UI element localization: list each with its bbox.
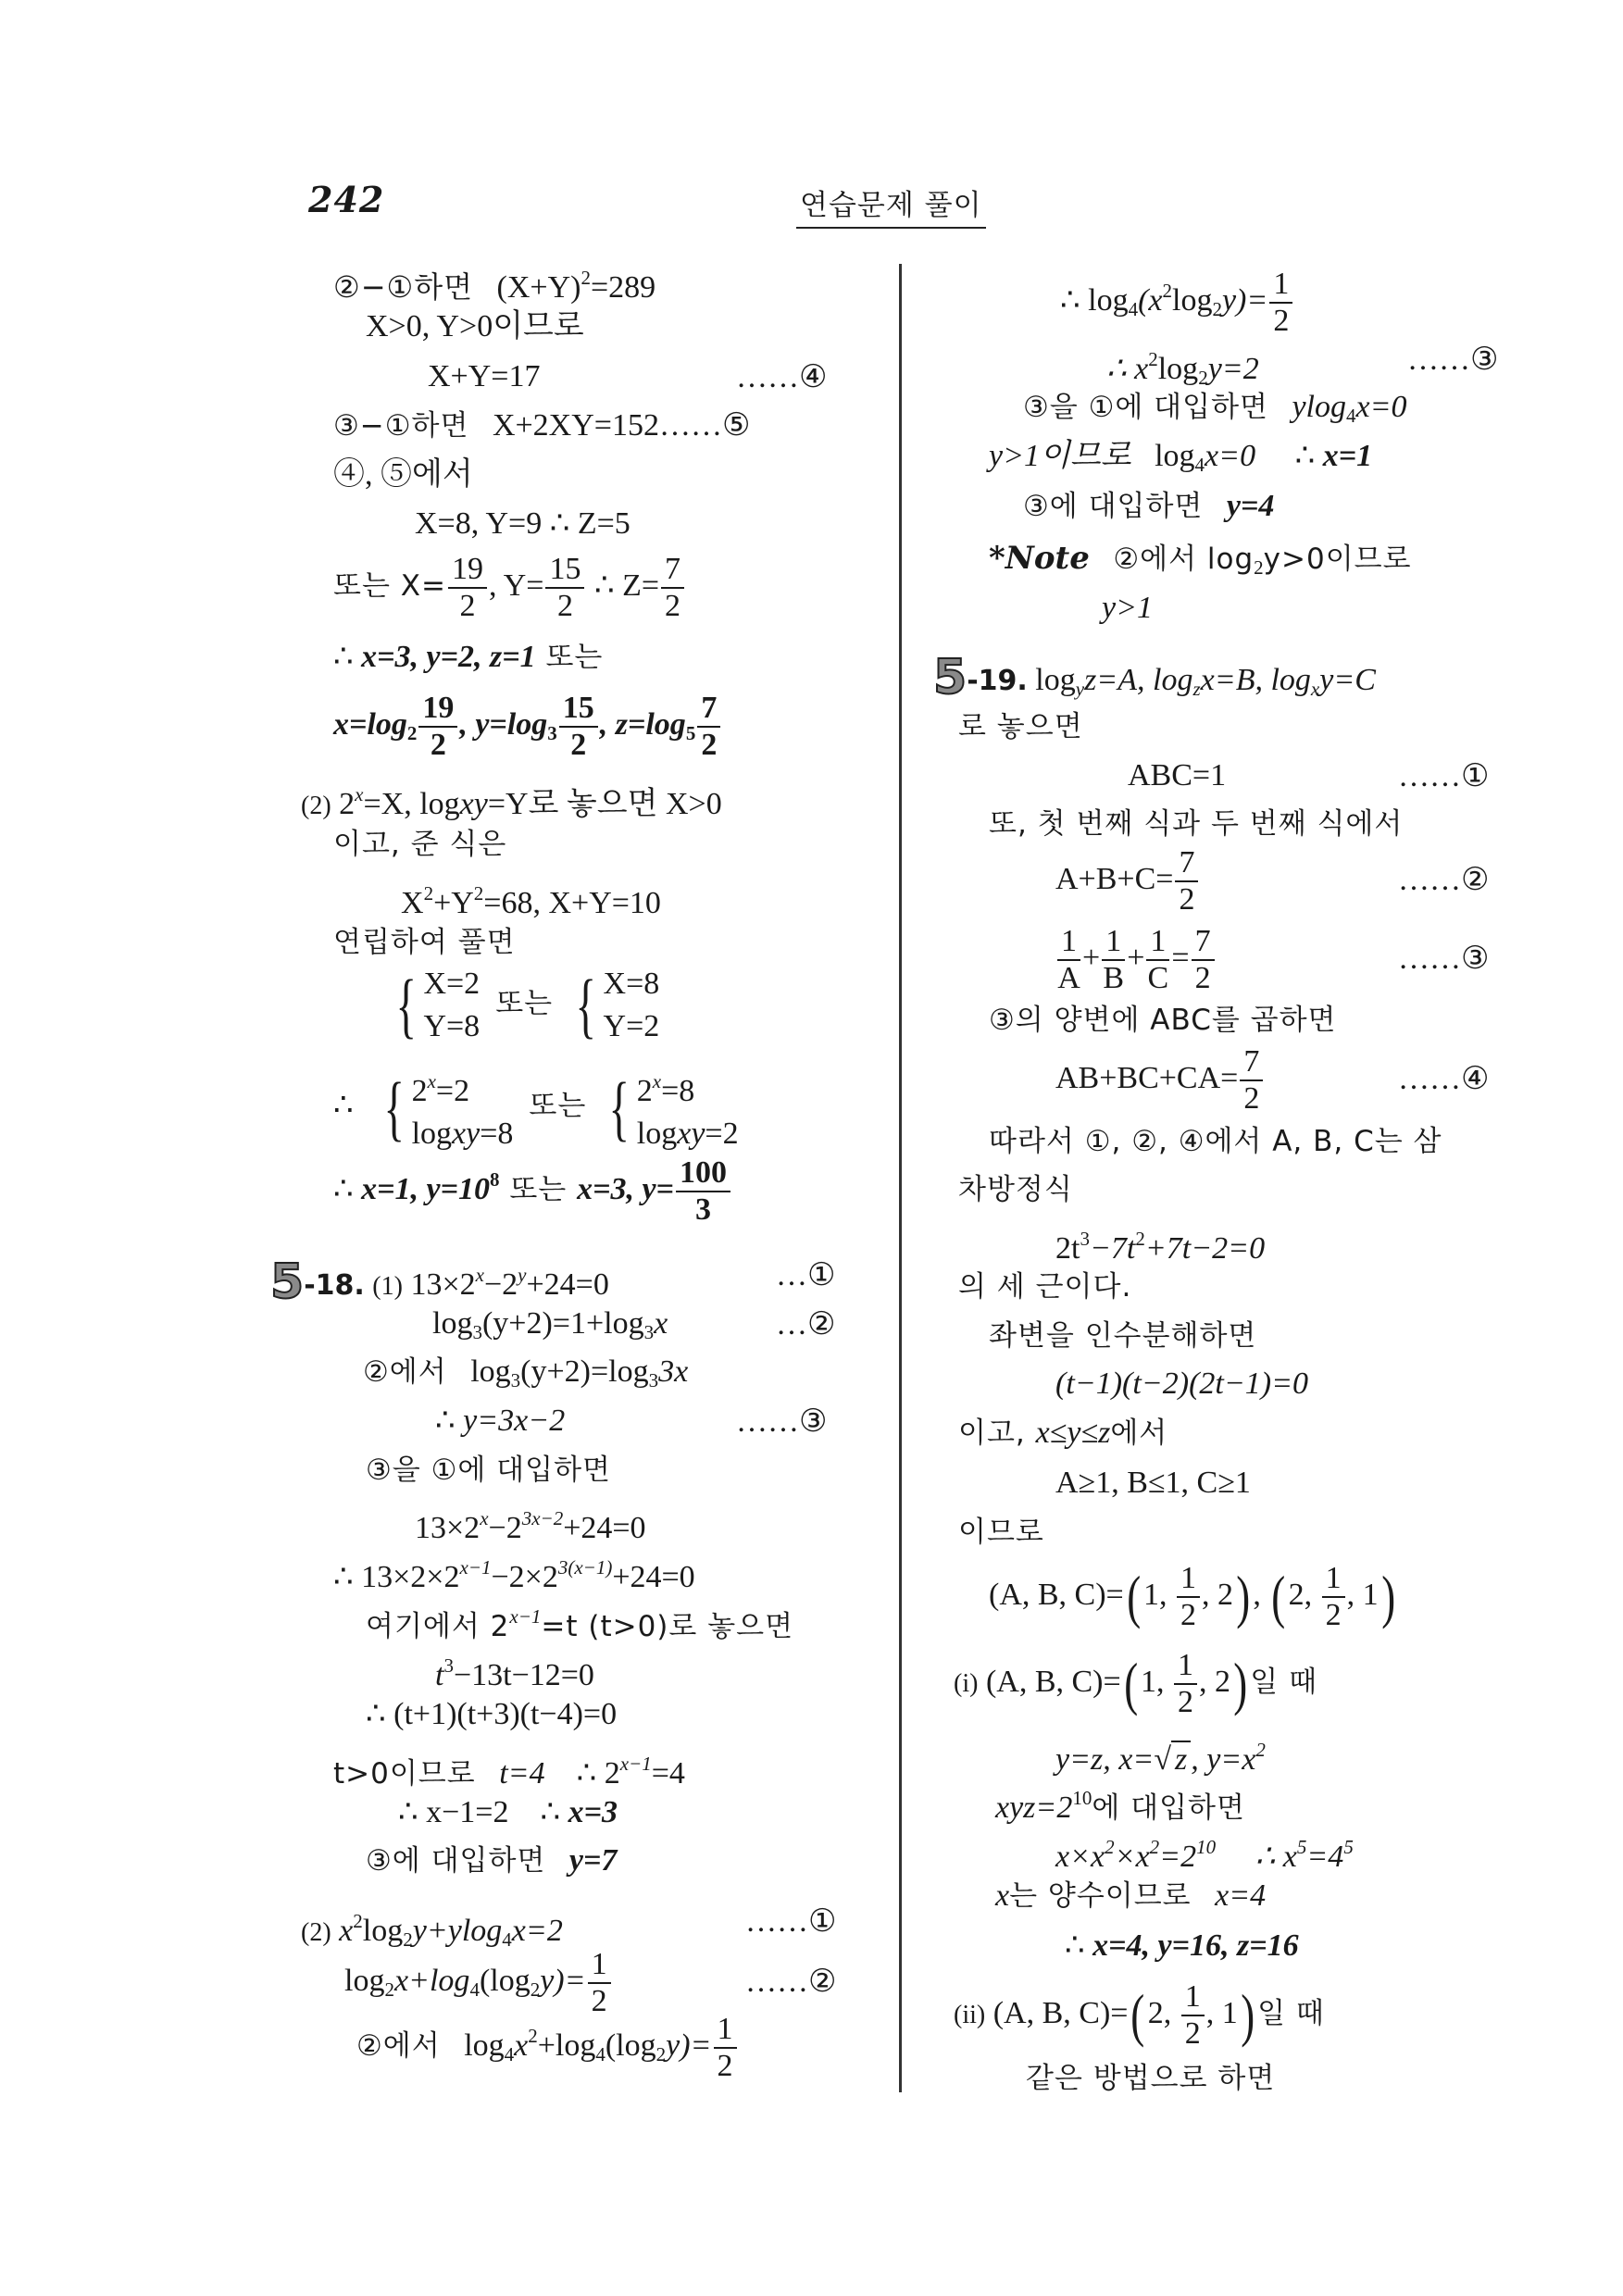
equation-line: ∴ (t+1)(t+3)(t−4)=0	[366, 1696, 617, 1733]
equation-line: 2t3−7t2+7t−2=0	[1055, 1220, 1265, 1267]
equation-tag: ……④	[1398, 1060, 1489, 1097]
equation-line: ABC=1	[1128, 757, 1226, 794]
text-line: ③의 양변에 ABC를 곱하면	[989, 1002, 1337, 1039]
text-line: 연립하여 풀면	[333, 924, 516, 961]
text-line: 또, 첫 번째 식과 두 번째 식에서	[989, 805, 1403, 842]
equation-tag: ……②	[745, 1963, 836, 2000]
equation-line: t3−13t−12=0	[435, 1647, 594, 1694]
answer-line: ③에 대입하면 y=4	[1023, 488, 1274, 525]
equation-line: 13×2x−23x−2+24=0	[415, 1500, 646, 1547]
equation-line: X+Y=17	[428, 358, 540, 395]
equation-line: ∴ x−1=2 ∴ x=3	[398, 1794, 618, 1831]
equation-line: ②−①하면 (X+Y)2=289	[333, 259, 655, 306]
text-line: 같은 방법으로 하면	[1026, 2060, 1275, 2097]
equation-line: A+B+C=72	[1055, 847, 1200, 916]
equation-line: ③을 ①에 대입하면 ylog4x=0	[1023, 389, 1407, 434]
equation-line: ②에서 log3(y+2)=log33x	[363, 1354, 688, 1399]
case-i-line: (i) (A, B, C)=(1, 12, 2)일 때	[954, 1650, 1317, 1718]
equation-tag: ……④	[736, 358, 827, 395]
equation-line: X2+Y2=68, X+Y=10	[401, 875, 661, 922]
text-line: 좌변을 인수분해하면	[989, 1317, 1256, 1354]
equation-line: y=z, x=√z, y=x2	[1055, 1731, 1266, 1778]
equation-line: ②에서 log4x2+log4(log2y)=12	[356, 2014, 739, 2082]
equation-line: t>0이므로 t=4 ∴ 2x−1=4	[333, 1745, 685, 1792]
equation-line: AB+BC+CA=72	[1055, 1046, 1265, 1115]
equation-line: ∴ log4(x2log2y)=12	[1060, 268, 1294, 337]
column-divider	[899, 264, 902, 2092]
text-line: x는 양수이므로 x=4	[995, 1878, 1266, 1915]
text-line: 따라서 ①, ②, ④에서 A, B, C는 삼	[989, 1123, 1442, 1160]
note-line: *Note ②에서 log2y>0이므로	[989, 540, 1412, 586]
part-2-line: (2) 2x=X, logxy=Y로 놓으면 X>0	[301, 776, 722, 825]
answer-line: ∴ x=4, y=16, z=16	[1065, 1928, 1299, 1965]
text-line: 의 세 근이다.	[958, 1268, 1131, 1305]
equation-line: log2x+log4(log2y)=12	[344, 1949, 613, 2017]
text-line: 차방정식	[958, 1171, 1073, 1208]
answer-line: x=log2192, y=log3152, z=log572	[333, 693, 722, 761]
text-line: 이고, x≤y≤z에서	[958, 1415, 1167, 1452]
problem-5-19-heading: 5-19. logyz=A, logzx=B, logxy=C	[933, 659, 1376, 707]
equation-line: y>1이므로 log4x=0 ∴ x=1	[989, 438, 1372, 483]
equation-tag: ……③	[736, 1403, 827, 1440]
text-line: X>0, Y>0이므로	[366, 308, 584, 345]
equation-line: ∴ 13×2×2x−1−2×23(x−1)+24=0	[333, 1549, 695, 1596]
equation-line: ∴ y=3x−2	[435, 1403, 565, 1440]
equation-line: ③−①하면 X+2XY=152……⑤	[333, 407, 750, 444]
equation-line: X=8, Y=9 ∴ Z=5	[415, 505, 630, 543]
equation-line: ∴ x2log2y=2	[1106, 341, 1259, 396]
equation-tag: ……②	[1398, 861, 1489, 898]
page-number: 242	[308, 179, 384, 220]
system-of-equations: {X=2Y=8 또는 {X=8Y=2	[389, 963, 659, 1048]
equation-tag: ……①	[1398, 757, 1489, 794]
text-line: 여기에서 2x−1=t (t>0)로 놓으면	[366, 1598, 793, 1645]
equation-tag: ……③	[1398, 940, 1489, 977]
equation-line: (t−1)(t−2)(2t−1)=0	[1055, 1366, 1308, 1403]
system-of-equations: ∴ {2x=2logxy=8 또는 {2x=8logxy=2	[333, 1060, 739, 1155]
equation-line: 또는 X=192, Y=152 ∴ Z=72	[333, 554, 686, 622]
page-title: 연습문제 풀이	[796, 181, 986, 229]
equation-line: (A, B, C)=(1, 12, 2), (2, 12, 1)	[989, 1563, 1398, 1631]
equation-tag: …②	[776, 1305, 835, 1342]
text-line: 로 놓으면	[958, 708, 1083, 745]
text-line: ③을 ①에 대입하면	[366, 1452, 611, 1489]
answer-line: ∴ x=1, y=108 또는 x=3, y=1003	[333, 1157, 732, 1226]
text-line: xyz=210에 대입하면	[995, 1779, 1245, 1827]
equation-line: 1A+1B+1C=72	[1055, 926, 1217, 994]
problem-5-18-heading: 5-18. (1) 13×2x−2y+24=0	[270, 1256, 609, 1305]
equation-line: x×x2×x2=210 ∴ x5=45	[1055, 1828, 1354, 1876]
equation-tag: ……③	[1407, 341, 1498, 378]
equation-line: A≥1, B≤1, C≥1	[1055, 1465, 1251, 1502]
note-line: y>1	[1102, 590, 1153, 627]
text-line: 이므로	[958, 1514, 1044, 1551]
equation-tag: ……①	[745, 1903, 836, 1940]
equation-tag: …①	[776, 1256, 835, 1293]
answer-line: ③에 대입하면 y=7	[366, 1842, 617, 1879]
equation-line: log3(y+2)=1+log3x	[432, 1305, 668, 1351]
text-line: 이고, 준 식은	[333, 826, 506, 863]
case-ii-line: (ii) (A, B, C)=(2, 12, 1)일 때	[954, 1981, 1325, 2050]
text-line: ④, ⑤에서	[333, 456, 473, 493]
answer-line: ∴ x=3, y=2, z=1 또는	[333, 639, 603, 676]
